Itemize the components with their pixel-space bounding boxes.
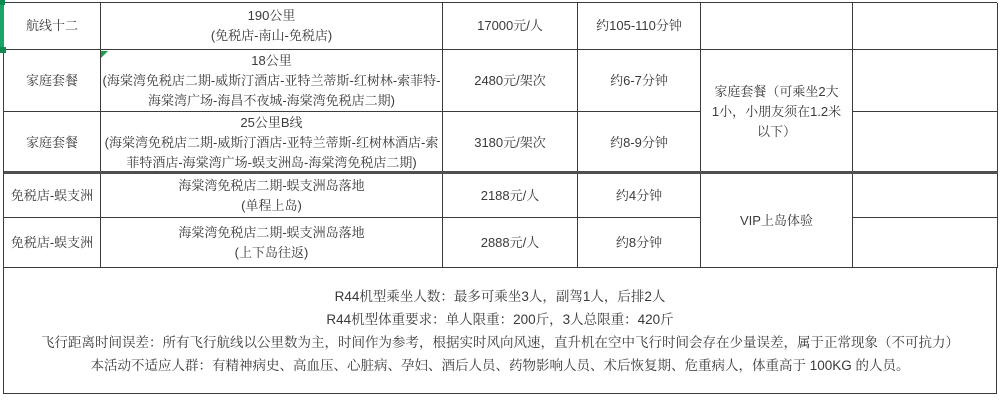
route-name: 航线十二 bbox=[26, 16, 78, 36]
route-distance: 18公里 bbox=[251, 51, 291, 71]
cell-route-desc-row2[interactable]: 18公里 (海棠湾免税店二期-威斯汀酒店-亚特兰蒂斯-红树林-索菲特-海棠湾广场… bbox=[101, 50, 443, 112]
price: 3180元/架次 bbox=[474, 133, 546, 153]
route-stops: (海棠湾免税店二期-威斯汀酒店-亚特兰蒂斯-红树林-索菲特-海棠湾广场-海昌不夜… bbox=[101, 71, 442, 111]
route-name: 免税店-蜈支洲 bbox=[11, 233, 93, 253]
cell-duration-row2[interactable]: 约6-7分钟 bbox=[578, 50, 701, 112]
cell-empty-row2[interactable] bbox=[853, 50, 998, 112]
spreadsheet-screenshot: 航线十二 家庭套餐 家庭套餐 免税店-蜈支洲 免税店-蜈支洲 190公里 (免税… bbox=[0, 0, 1000, 401]
cell-vip-note[interactable]: VIP上岛体验 bbox=[701, 174, 853, 268]
route-distance: 海棠湾免税店二期-蜈支洲岛落地 bbox=[178, 176, 364, 196]
cell-route-desc-row3[interactable]: 25公里B线 (海棠湾免税店二期-威斯汀酒店-亚特兰蒂斯-红树林酒店-索菲特酒店… bbox=[101, 112, 443, 174]
cell-route-desc-row4[interactable]: 海棠湾免税店二期-蜈支洲岛落地 (单程上岛) bbox=[101, 174, 443, 218]
cell-route-name-row2[interactable]: 家庭套餐 bbox=[4, 50, 101, 112]
duration: 约4分钟 bbox=[616, 186, 662, 206]
cell-note-row1-empty[interactable] bbox=[701, 3, 853, 50]
route-stops: (上下岛往返) bbox=[235, 243, 309, 263]
cell-price-row5[interactable]: 2888元/人 bbox=[443, 218, 578, 268]
selection-handle-bottom[interactable] bbox=[0, 47, 6, 53]
pricing-table: 航线十二 家庭套餐 家庭套餐 免税店-蜈支洲 免税店-蜈支洲 190公里 (免税… bbox=[3, 2, 997, 268]
cell-route-desc-row5[interactable]: 海棠湾免税店二期-蜈支洲岛落地 (上下岛往返) bbox=[101, 218, 443, 268]
cell-price-row4[interactable]: 2188元/人 bbox=[443, 174, 578, 218]
cell-empty-row4[interactable] bbox=[853, 174, 998, 218]
route-stops: (海棠湾免税店二期-威斯汀酒店-亚特兰蒂斯-红树林酒店-索菲特酒店-海棠湾广场-… bbox=[101, 133, 442, 173]
family-package-note: 家庭套餐（可乘坐2大1小，小朋友须在1.2米以下） bbox=[711, 82, 842, 142]
note-passenger-count: R44机型乘坐人数：最多可乘坐3人，副驾1人，后排2人 bbox=[335, 285, 666, 308]
route-distance: 190公里 bbox=[248, 6, 296, 26]
cell-price-row2[interactable]: 2480元/架次 bbox=[443, 50, 578, 112]
price: 17000元/人 bbox=[477, 16, 543, 36]
note-weight-limit: R44机型体重要求：单人限重：200斤，3人总限重：420斤 bbox=[326, 308, 673, 331]
cell-duration-row3[interactable]: 约8-9分钟 bbox=[578, 112, 701, 174]
route-stops: (单程上岛) bbox=[241, 196, 302, 216]
footer-notes-cell[interactable]: R44机型乘坐人数：最多可乘坐3人，副驾1人，后排2人 R44机型体重要求：单人… bbox=[3, 268, 997, 394]
cell-duration-row1[interactable]: 约105-110分钟 bbox=[578, 3, 701, 50]
cell-empty-row3[interactable] bbox=[853, 112, 998, 174]
selection-handle-top[interactable] bbox=[0, 0, 5, 5]
route-distance: 海棠湾免税店二期-蜈支洲岛落地 bbox=[178, 223, 364, 243]
duration: 约8分钟 bbox=[616, 233, 662, 253]
cell-duration-row4[interactable]: 约4分钟 bbox=[578, 174, 701, 218]
cell-selection-border bbox=[0, 0, 4, 51]
cell-duration-row5[interactable]: 约8分钟 bbox=[578, 218, 701, 268]
duration: 约8-9分钟 bbox=[610, 133, 668, 153]
cell-route-name-row3[interactable]: 家庭套餐 bbox=[4, 112, 101, 174]
cell-price-row1[interactable]: 17000元/人 bbox=[443, 3, 578, 50]
price: 2888元/人 bbox=[481, 233, 540, 253]
route-name: 免税店-蜈支洲 bbox=[11, 186, 93, 206]
cell-route-name-row4[interactable]: 免税店-蜈支洲 bbox=[4, 174, 101, 218]
note-time-deviation: 飞行距离时间误差：所有飞行航线以公里数为主，时间作为参考，根据实时风向风速，直升… bbox=[41, 331, 959, 354]
cell-route-name-row1[interactable]: 航线十二 bbox=[4, 3, 101, 50]
price: 2480元/架次 bbox=[474, 71, 546, 91]
price: 2188元/人 bbox=[481, 186, 540, 206]
cell-family-package-note[interactable]: 家庭套餐（可乘坐2大1小，小朋友须在1.2米以下） bbox=[701, 50, 853, 174]
vip-note: VIP上岛体验 bbox=[740, 211, 813, 231]
cell-empty-row1[interactable] bbox=[853, 3, 998, 50]
duration: 约105-110分钟 bbox=[596, 16, 682, 36]
route-name: 家庭套餐 bbox=[26, 71, 78, 91]
duration: 约6-7分钟 bbox=[610, 71, 668, 91]
cell-route-desc-row1[interactable]: 190公里 (免税店-南山-免税店) bbox=[101, 3, 443, 50]
route-distance: 25公里B线 bbox=[240, 113, 302, 133]
cell-error-indicator-icon bbox=[101, 51, 108, 58]
note-unsuitable-people: 本活动不适应人群：有精神病史、高血压、心脏病、孕妇、酒后人员、药物影响人员、术后… bbox=[90, 354, 909, 377]
cell-route-name-row5[interactable]: 免税店-蜈支洲 bbox=[4, 218, 101, 268]
route-name: 家庭套餐 bbox=[26, 133, 78, 153]
cell-empty-row5[interactable] bbox=[853, 218, 998, 268]
route-stops: (免税店-南山-免税店) bbox=[211, 26, 332, 46]
cell-price-row3[interactable]: 3180元/架次 bbox=[443, 112, 578, 174]
